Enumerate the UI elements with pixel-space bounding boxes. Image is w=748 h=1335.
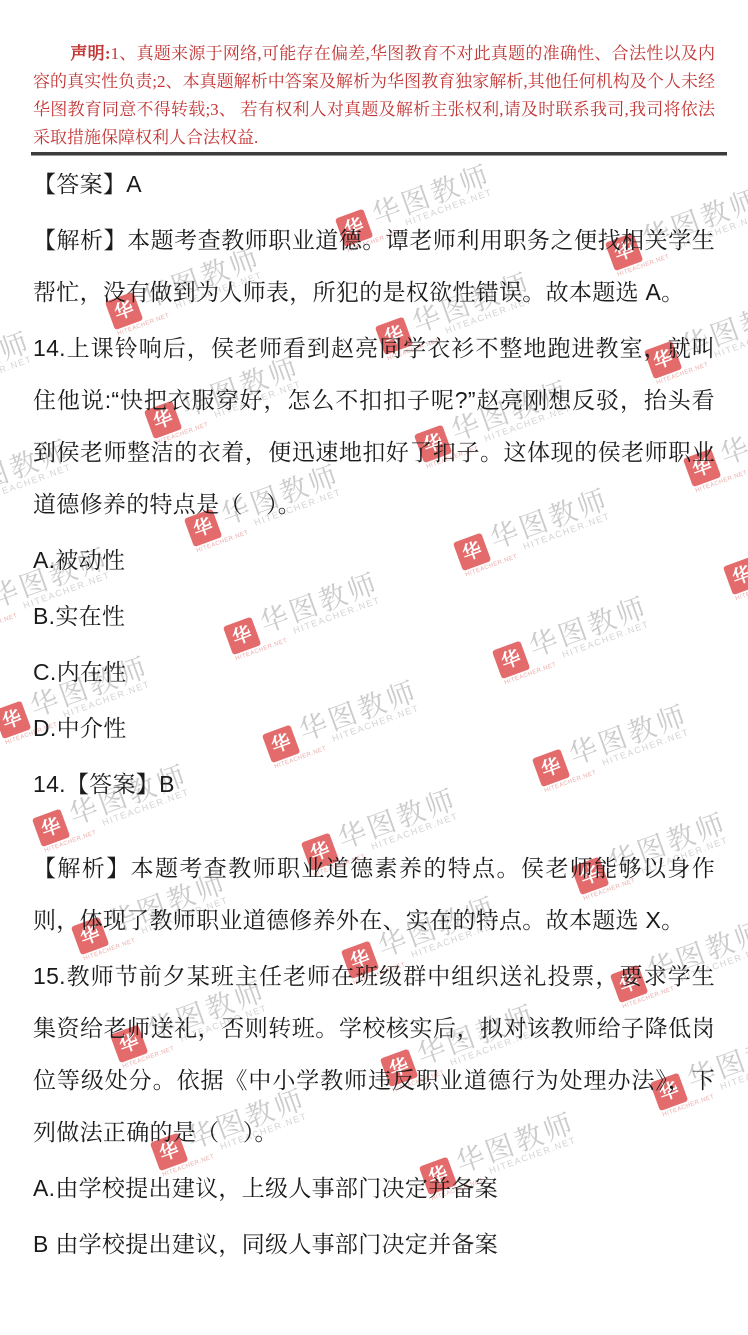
q14-stem-paragraph: 14.上课铃响后，侯老师看到赵亮同学衣衫不整地跑进教室，就叫住他说:“快把衣服穿… [33,320,715,532]
q14-answer-line: 14.【答案】B [33,756,715,812]
q13-answer-line: 【答案】A [33,156,715,212]
disclaimer-label: 声明: [70,44,110,63]
document-body: 声明:1、真题来源于网络,可能存在偏差,华图教育不对此真题的准确性、合法性以及内… [0,0,748,1272]
q14-option-d: D.中介性 [33,700,715,756]
q13-analysis-paragraph: 【解析】本题考查教师职业道德。谭老师利用职务之便找相关学生帮忙，没有做到为人师表… [33,212,715,320]
exam-answer-page: 华HITEACHER.NET华图教师HITEACHER.NET华HITEACHE… [0,0,748,1335]
q14-option-b: B.实在性 [33,588,715,644]
q14-analysis-paragraph: 【解析】本题考查教师职业道德素养的特点。侯老师能够以身作则，体现了教师职业道德修… [33,812,715,948]
q15-option-a: A.由学校提出建议，上级人事部门决定并备案 [33,1160,715,1216]
q14-option-a: A.被动性 [33,532,715,588]
copyright-disclaimer: 声明:1、真题来源于网络,可能存在偏差,华图教育不对此真题的准确性、合法性以及内… [33,40,715,152]
q14-option-c: C.内在性 [33,644,715,700]
disclaimer-text: 1、真题来源于网络,可能存在偏差,华图教育不对此真题的准确性、合法性以及内容的真… [33,44,715,147]
q15-option-b: B 由学校提出建议，同级人事部门决定并备案 [33,1216,715,1272]
q15-stem-paragraph: 15.教师节前夕某班主任老师在班级群中组织送礼投票，要求学生集资给老师送礼，否则… [33,948,715,1160]
